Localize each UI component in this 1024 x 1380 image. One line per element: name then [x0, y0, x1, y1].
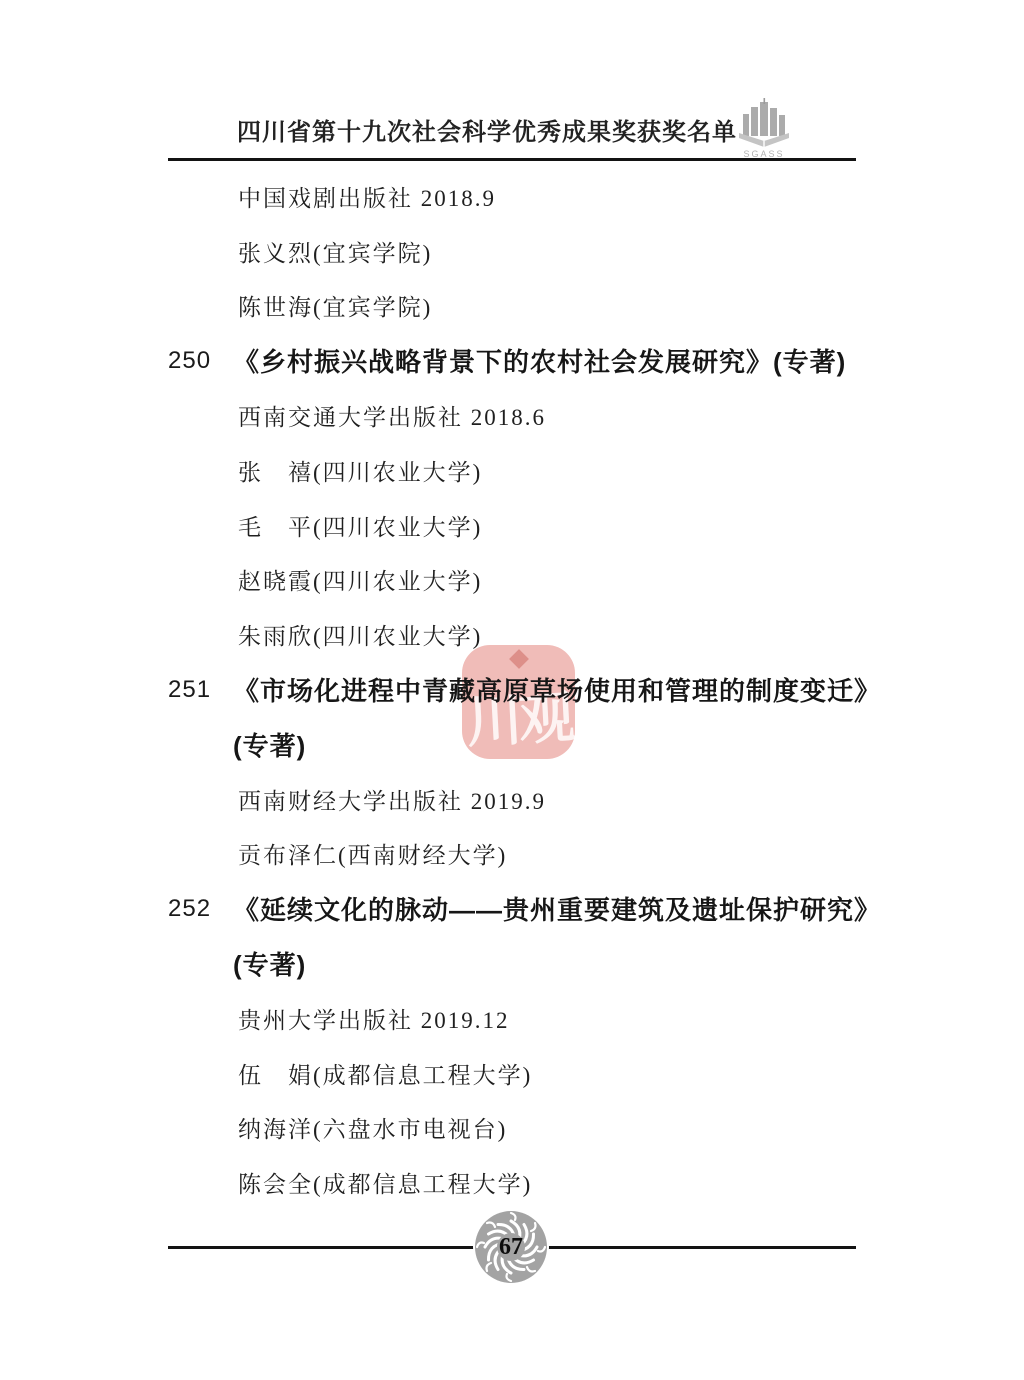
author-text: 毛 平(四川农业大学)	[238, 509, 482, 542]
author-line: 贡布泽仁(西南财经大学)	[0, 827, 1024, 882]
author-line: 朱雨欣(四川农业大学)	[0, 607, 1024, 662]
author-text: 赵晓霞(四川农业大学)	[238, 563, 482, 596]
sgass-building-book-icon	[736, 98, 792, 148]
page-number: 67	[472, 1208, 550, 1286]
publisher-line: 中国戏剧出版社 2018.9	[0, 169, 1024, 224]
author-text: 纳海洋(六盘水市电视台)	[238, 1111, 507, 1144]
author-line: 纳海洋(六盘水市电视台)	[0, 1101, 1024, 1156]
author-text: 朱雨欣(四川农业大学)	[238, 618, 482, 651]
header-divider	[168, 158, 856, 161]
entry-number: 250	[168, 347, 211, 375]
author-line: 张 禧(四川农业大学)	[0, 443, 1024, 498]
entry-title: 《市场化进程中青藏高原草场使用和管理的制度变迁》	[233, 671, 881, 708]
award-list: 中国戏剧出版社 2018.9 张义烈(宜宾学院) 陈世海(宜宾学院) 250 《…	[0, 169, 1024, 1210]
entry-title-cont-text: (专著)	[233, 726, 306, 763]
author-line: 张义烈(宜宾学院)	[0, 224, 1024, 279]
publisher-text: 贵州大学出版社 2019.12	[238, 1002, 510, 1035]
page-number-emblem: 67	[472, 1208, 550, 1286]
publisher-text: 西南交通大学出版社 2018.6	[238, 399, 546, 432]
publisher-text: 中国戏剧出版社 2018.9	[238, 180, 496, 213]
sgass-logo: SGASS	[736, 98, 792, 162]
entry-number: 251	[168, 676, 211, 704]
author-text: 伍 娟(成都信息工程大学)	[238, 1057, 532, 1090]
author-line: 伍 娟(成都信息工程大学)	[0, 1046, 1024, 1101]
author-text: 张 禧(四川农业大学)	[238, 454, 482, 487]
publisher-line: 贵州大学出版社 2019.12	[0, 991, 1024, 1046]
author-line: 赵晓霞(四川农业大学)	[0, 553, 1024, 608]
entry-title-line: 251 《市场化进程中青藏高原草场使用和管理的制度变迁》	[0, 662, 1024, 717]
author-line: 陈会全(成都信息工程大学)	[0, 1155, 1024, 1210]
entry-title-continuation: (专著)	[0, 717, 1024, 772]
author-text: 陈世海(宜宾学院)	[238, 289, 432, 322]
entry-title-continuation: (专著)	[0, 936, 1024, 991]
author-line: 毛 平(四川农业大学)	[0, 498, 1024, 553]
author-text: 贡布泽仁(西南财经大学)	[238, 837, 507, 870]
author-text: 陈会全(成都信息工程大学)	[238, 1166, 532, 1199]
entry-number: 252	[168, 895, 211, 923]
publisher-line: 西南交通大学出版社 2018.6	[0, 388, 1024, 443]
publisher-line: 西南财经大学出版社 2019.9	[0, 772, 1024, 827]
author-text: 张义烈(宜宾学院)	[238, 235, 432, 268]
page-title: 四川省第十九次社会科学优秀成果奖获奖名单	[237, 112, 737, 147]
document-page: 四川省第十九次社会科学优秀成果奖获奖名单 SGASS 川观	[0, 0, 1024, 1380]
entry-title-line: 252 《延续文化的脉动——贵州重要建筑及遗址保护研究》	[0, 881, 1024, 936]
publisher-text: 西南财经大学出版社 2019.9	[238, 783, 546, 816]
author-line: 陈世海(宜宾学院)	[0, 279, 1024, 334]
entry-title: 《乡村振兴战略背景下的农村社会发展研究》(专著)	[233, 342, 846, 379]
entry-title-line: 250 《乡村振兴战略背景下的农村社会发展研究》(专著)	[0, 333, 1024, 388]
entry-title-cont-text: (专著)	[233, 945, 306, 982]
entry-title: 《延续文化的脉动——贵州重要建筑及遗址保护研究》	[233, 890, 881, 927]
